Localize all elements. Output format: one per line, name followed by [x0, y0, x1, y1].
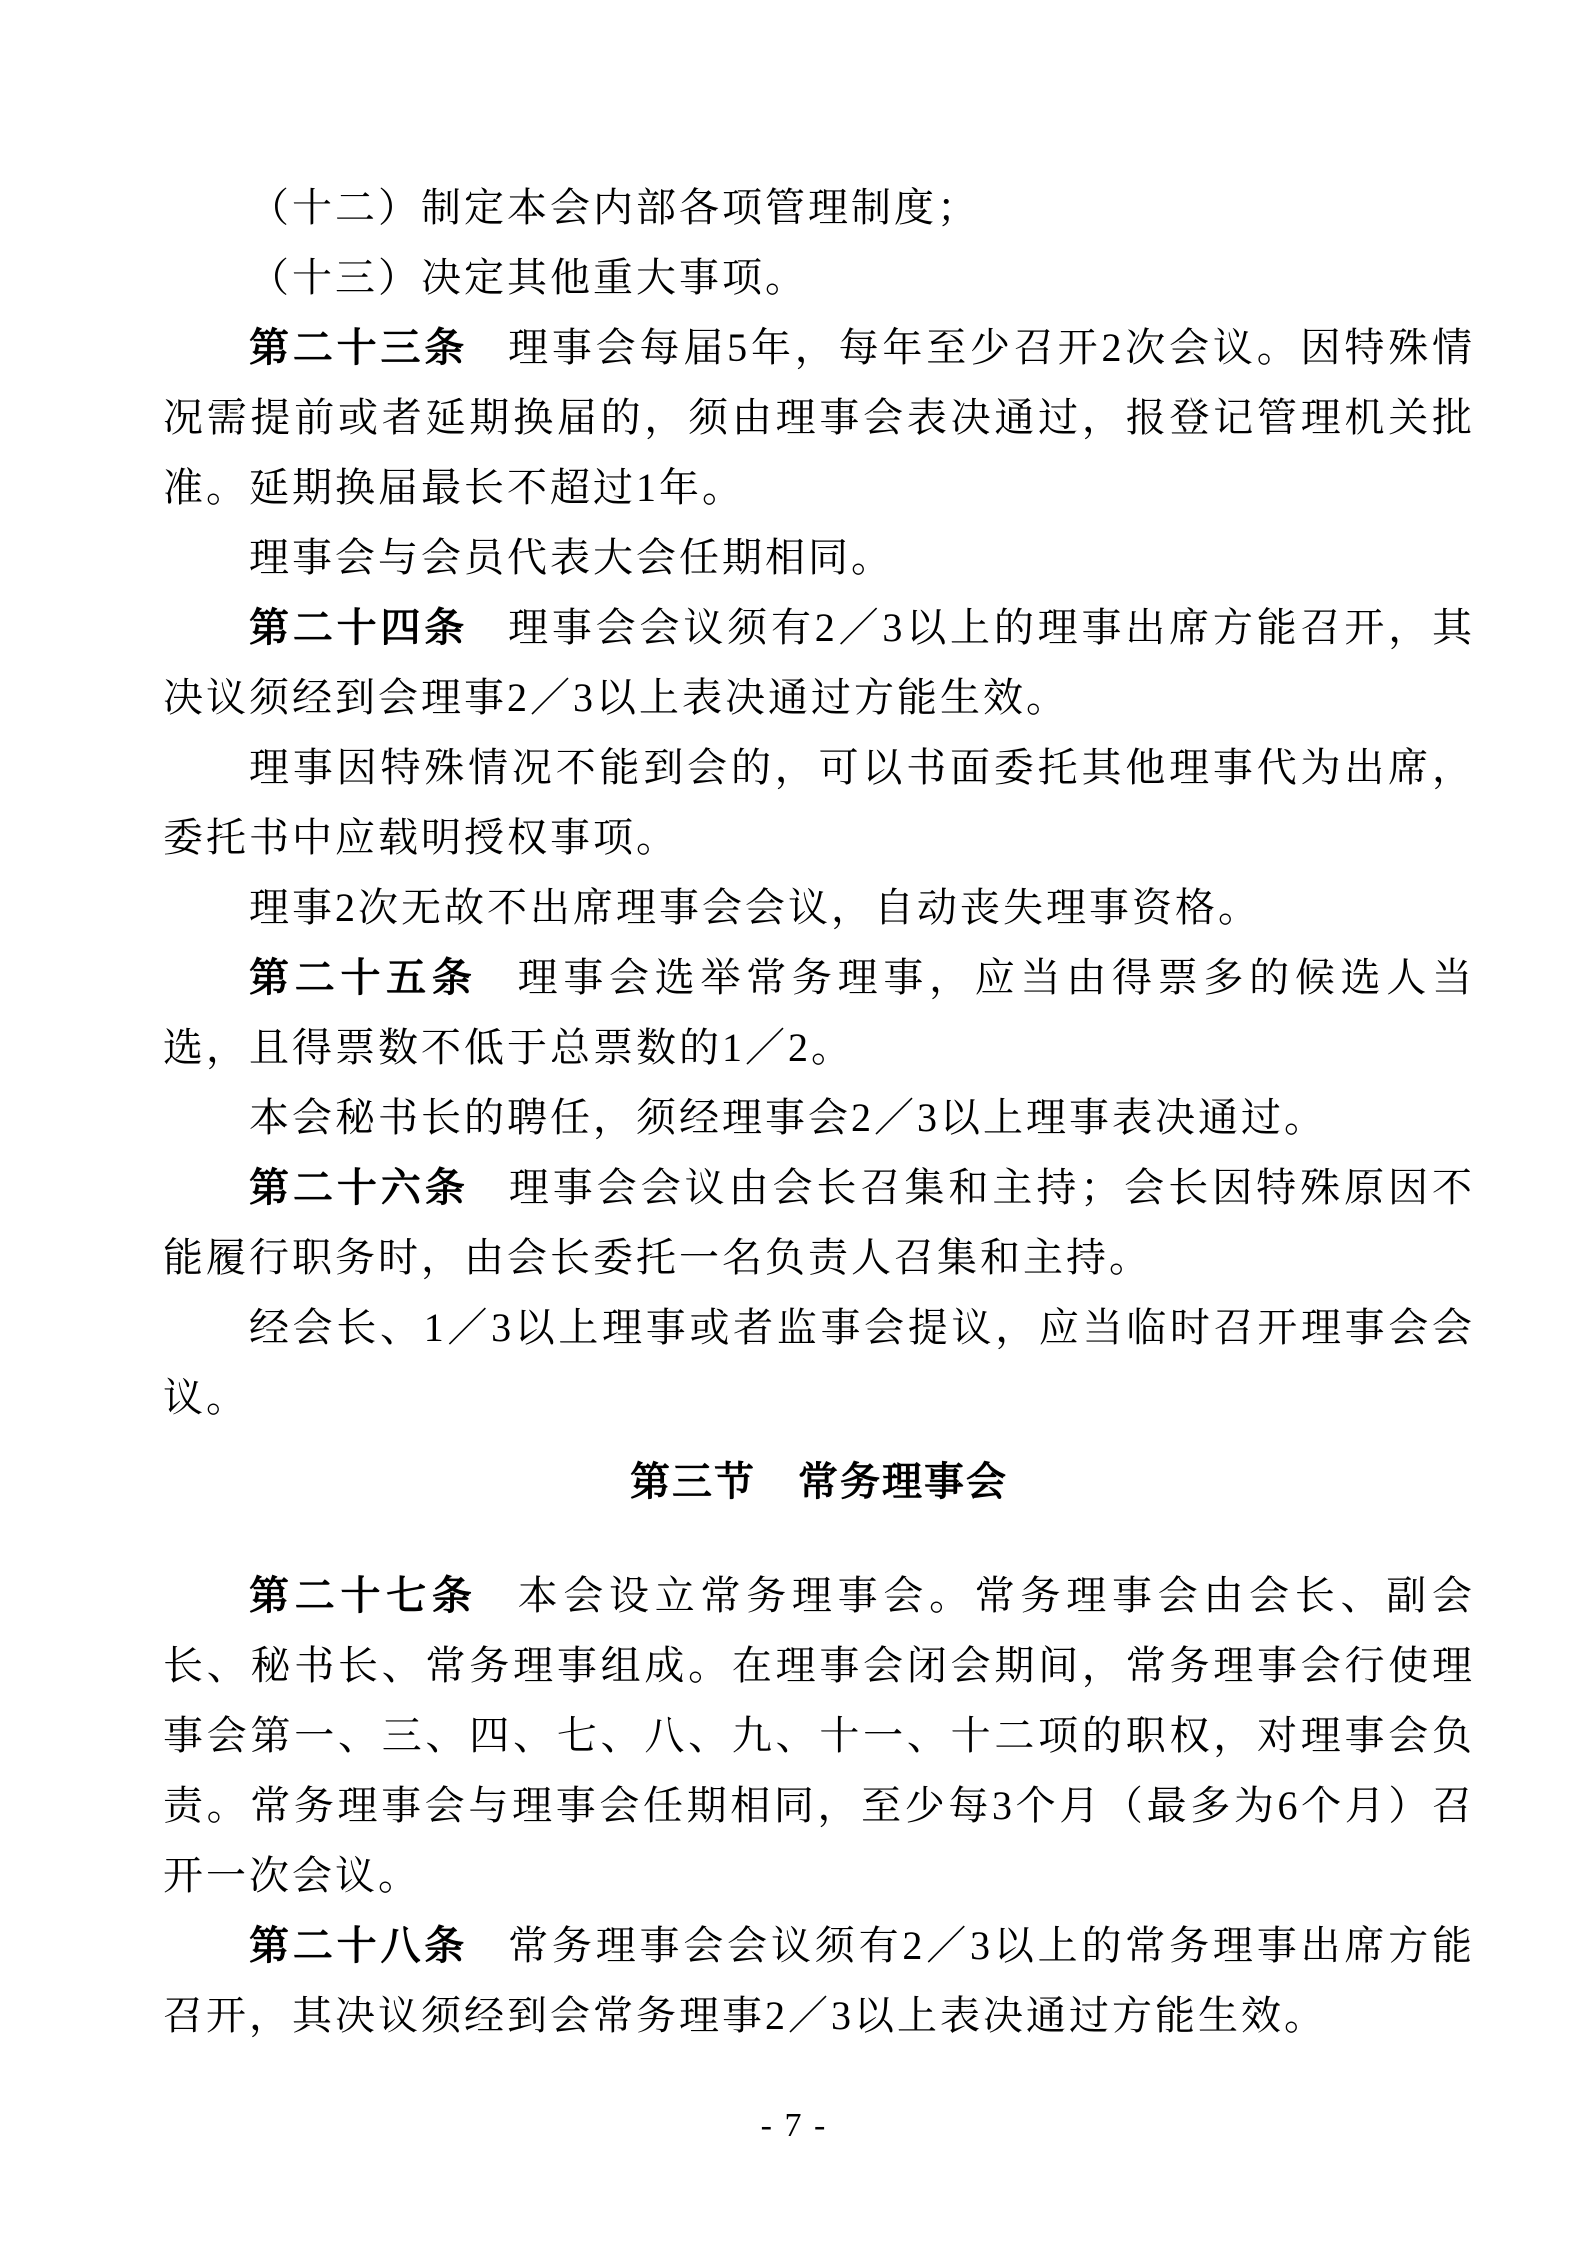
article-25-number: 第二十五条 [249, 956, 478, 1000]
paragraph-text: 理事会与会员代表大会任期相同。 [249, 535, 894, 580]
clause-item-13: （十三）决定其他重大事项。 [163, 243, 1475, 313]
article-26-number: 第二十六条 [249, 1166, 469, 1210]
document-body: （十二）制定本会内部各项管理制度； （十三）决定其他重大事项。 第二十三条理事会… [163, 173, 1475, 2051]
paragraph-absence: 理事2次无故不出席理事会会议，自动丧失理事资格。 [163, 873, 1475, 943]
paragraph-text: 理事因特殊情况不能到会的，可以书面委托其他理事代为出席，委托书中应载明授权事项。 [163, 745, 1475, 860]
article-28-number: 第二十八条 [249, 1924, 468, 1968]
article-23-number: 第二十三条 [249, 326, 468, 370]
article-27-paragraph: 第二十七条本会设立常务理事会。常务理事会由会长、副会长、秘书长、常务理事组成。在… [163, 1561, 1475, 1911]
paragraph-text: 理事2次无故不出席理事会会议，自动丧失理事资格。 [249, 885, 1261, 930]
paragraph-secretary: 本会秘书长的聘任，须经理事会2／3以上理事表决通过。 [163, 1083, 1475, 1153]
paragraph-text: 本会秘书长的聘任，须经理事会2／3以上理事表决通过。 [249, 1095, 1327, 1140]
paragraph-term: 理事会与会员代表大会任期相同。 [163, 523, 1475, 593]
paragraph-interim-meeting: 经会长、1／3以上理事或者监事会提议，应当临时召开理事会会议。 [163, 1293, 1475, 1433]
article-25-paragraph: 第二十五条理事会选举常务理事，应当由得票多的候选人当选，且得票数不低于总票数的1… [163, 943, 1475, 1083]
article-24-paragraph: 第二十四条理事会会议须有2／3以上的理事出席方能召开，其决议须经到会理事2／3以… [163, 593, 1475, 733]
paragraph-text: 经会长、1／3以上理事或者监事会提议，应当临时召开理事会会议。 [163, 1305, 1475, 1420]
article-24-number: 第二十四条 [249, 606, 468, 650]
article-28-paragraph: 第二十八条常务理事会会议须有2／3以上的常务理事出席方能召开，其决议须经到会常务… [163, 1911, 1475, 2051]
paragraph-text: （十三）决定其他重大事项。 [249, 255, 808, 300]
paragraph-text: （十二）制定本会内部各项管理制度； [249, 185, 980, 230]
article-23-paragraph: 第二十三条理事会每届5年，每年至少召开2次会议。因特殊情况需提前或者延期换届的，… [163, 313, 1475, 523]
page-number: - 7 - [0, 2106, 1588, 2146]
document-page: （十二）制定本会内部各项管理制度； （十三）决定其他重大事项。 第二十三条理事会… [0, 0, 1588, 2245]
section-heading: 第三节 常务理事会 [163, 1447, 1475, 1517]
paragraph-proxy: 理事因特殊情况不能到会的，可以书面委托其他理事代为出席，委托书中应载明授权事项。 [163, 733, 1475, 873]
clause-item-12: （十二）制定本会内部各项管理制度； [163, 173, 1475, 243]
paragraph-text: 本会设立常务理事会。常务理事会由会长、副会长、秘书长、常务理事组成。在理事会闭会… [163, 1573, 1475, 1898]
article-26-paragraph: 第二十六条理事会会议由会长召集和主持；会长因特殊原因不能履行职务时，由会长委托一… [163, 1153, 1475, 1293]
article-27-number: 第二十七条 [249, 1574, 478, 1618]
